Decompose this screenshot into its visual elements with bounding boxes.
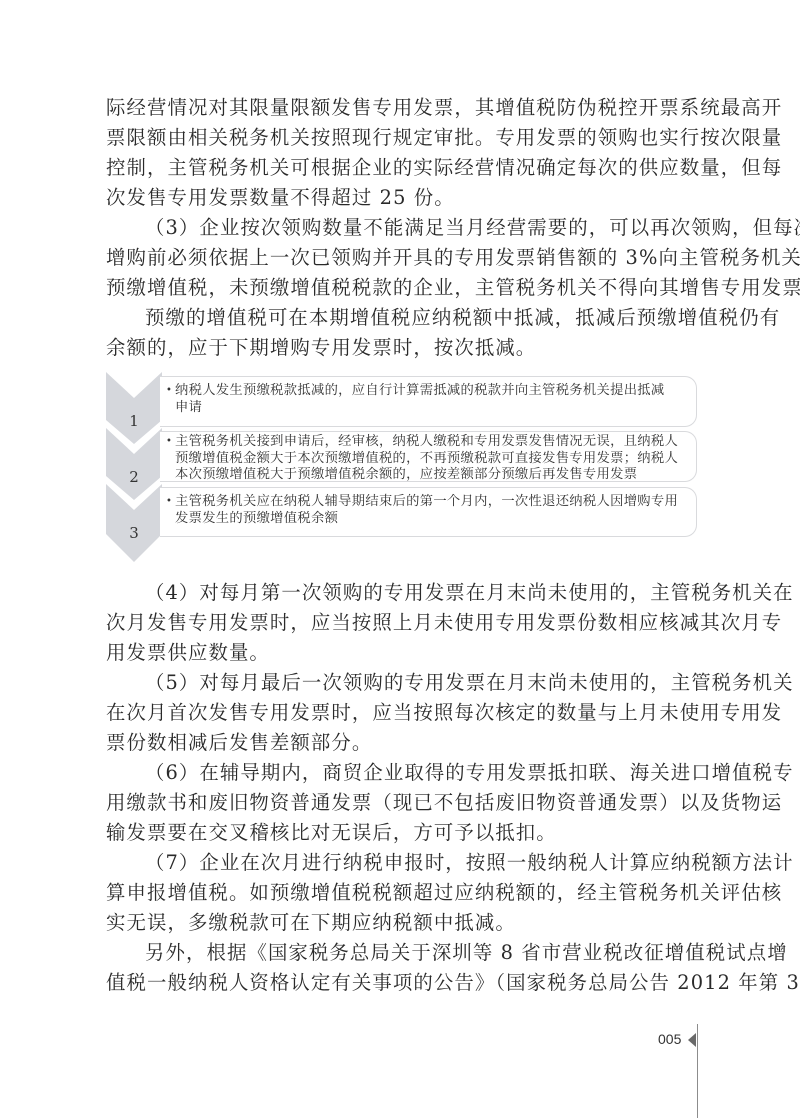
text-line: 次月发售专用发票时，应当按照上月未使用专用发票份数相应核减其次月专	[106, 608, 700, 638]
text-line: 票限额由相关税务机关按照现行规定审批。专用发票的领购也实行按次限量	[106, 123, 700, 153]
process-diagram: 1 2 3 •纳税人发生预缴税款抵减的，应自行计算需抵减的税款并向主管税务机关提…	[106, 372, 700, 564]
step-line: 发票发生的预缴增值税余额	[166, 511, 688, 528]
text-line: 在次月首次发售专用发票时，应当按照每次核定的数量与上月未使用专用发	[106, 698, 700, 728]
step-box-2: •主管税务机关接到申请后，经审核，纳税人缴税和专用发票发售情况无误，且纳税人 预…	[160, 431, 697, 482]
text-line: 算申报增值税。如预缴增值税税额超过应纳税额的，经主管税务机关评估核	[106, 878, 700, 908]
paragraph-prepaid-offset: 预缴的增值税可在本期增值税应纳税额中抵减，抵减后预缴增值税仍有 余额的，应于下期…	[106, 303, 700, 363]
paragraph-additional: 另外，根据《国家税务总局关于深圳等 8 省市营业税改征增值税试点增 值税一般纳税…	[106, 938, 700, 998]
paragraph-item-3: （3）企业按次领购数量不能满足当月经营需要的，可以再次领购，但每次 增购前必须依…	[106, 213, 700, 303]
step-box-3: •主管税务机关应在纳税人辅导期结束后的第一个月内，一次性退还纳税人因增购专用 发…	[160, 487, 697, 537]
text-line: 票份数相减后发售差额部分。	[106, 728, 700, 758]
step-line: •主管税务机关接到申请后，经审核，纳税人缴税和专用发票发售情况无误，且纳税人	[166, 434, 688, 451]
page-number: 005	[658, 1031, 681, 1047]
text-line: （6）在辅导期内，商贸企业取得的专用发票抵扣联、海关进口增值税专	[106, 758, 700, 788]
text-line: 实无误，多缴税款可在下期应纳税额中抵减。	[106, 908, 700, 938]
text-line: 预缴的增值税可在本期增值税应纳税额中抵减，抵减后预缴增值税仍有	[106, 303, 700, 333]
document-page: 际经营情况对其限量限额发售专用发票，其增值税防伪税控开票系统最高开 票限额由相关…	[0, 0, 800, 1118]
footer-divider	[697, 1024, 698, 1118]
chevron-step-3	[106, 484, 162, 562]
step-line: •纳税人发生预缴税款抵减的，应自行计算需抵减的税款并向主管税务机关提出抵减	[166, 383, 688, 400]
paragraph-continuation: 际经营情况对其限量限额发售专用发票，其增值税防伪税控开票系统最高开 票限额由相关…	[106, 93, 700, 213]
step-line: 本次预缴增值税大于预缴增值税余额的，应按差额部分预缴后再发售专用发票	[166, 467, 688, 484]
text-line: （7）企业在次月进行纳税申报时，按照一般纳税人计算应纳税额方法计	[106, 848, 700, 878]
bullet-icon: •	[166, 383, 175, 400]
step-line: 申请	[166, 400, 688, 417]
text-line: 控制，主管税务机关可根据企业的实际经营情况确定每次的供应数量，但每	[106, 153, 700, 183]
chevron-down-icon	[106, 484, 162, 562]
text-line: 用缴款书和废旧物资普通发票（现已不包括废旧物资普通发票）以及货物运	[106, 788, 700, 818]
text-line: （5）对每月最后一次领购的专用发票在月末尚未使用的，主管税务机关	[106, 668, 700, 698]
text-line: 值税一般纳税人资格认定有关事项的公告》（国家税务总局公告 2012 年第 38	[106, 968, 700, 998]
text-line: 际经营情况对其限量限额发售专用发票，其增值税防伪税控开票系统最高开	[106, 93, 700, 123]
text-line: 另外，根据《国家税务总局关于深圳等 8 省市营业税改征增值税试点增	[106, 938, 700, 968]
bullet-icon: •	[166, 434, 175, 451]
step-line: •主管税务机关应在纳税人辅导期结束后的第一个月内，一次性退还纳税人因增购专用	[166, 494, 688, 511]
text-line: 次发售专用发票数量不得超过 25 份。	[106, 183, 700, 213]
step-number-3: 3	[106, 524, 162, 542]
text-line: 余额的，应于下期增购专用发票时，按次抵减。	[106, 333, 700, 363]
paragraph-item-5: （5）对每月最后一次领购的专用发票在月末尚未使用的，主管税务机关 在次月首次发售…	[106, 668, 700, 758]
text-line: 预缴增值税，未预缴增值税税款的企业，主管税务机关不得向其增售专用发票。	[106, 273, 700, 303]
text-line: 用发票供应数量。	[106, 638, 700, 668]
paragraph-item-4: （4）对每月第一次领购的专用发票在月末尚未使用的，主管税务机关在 次月发售专用发…	[106, 578, 700, 668]
text-line: （3）企业按次领购数量不能满足当月经营需要的，可以再次领购，但每次	[106, 213, 700, 243]
text-line: （4）对每月第一次领购的专用发票在月末尚未使用的，主管税务机关在	[106, 578, 700, 608]
step-line: 预缴增值税金额大于本次预缴增值税的，不再预缴税款可直接发售专用发票；纳税人	[166, 451, 688, 468]
text-line: 输发票要在交叉稽核比对无误后，方可予以抵扣。	[106, 818, 700, 848]
left-triangle-icon	[688, 1033, 696, 1047]
step-box-1: •纳税人发生预缴税款抵减的，应自行计算需抵减的税款并向主管税务机关提出抵减 申请	[160, 376, 697, 427]
text-line: 增购前必须依据上一次已领购并开具的专用发票销售额的 3%向主管税务机关	[106, 243, 700, 273]
paragraph-item-6: （6）在辅导期内，商贸企业取得的专用发票抵扣联、海关进口增值税专 用缴款书和废旧…	[106, 758, 700, 848]
bullet-icon: •	[166, 494, 175, 511]
paragraph-item-7: （7）企业在次月进行纳税申报时，按照一般纳税人计算应纳税额方法计 算申报增值税。…	[106, 848, 700, 938]
